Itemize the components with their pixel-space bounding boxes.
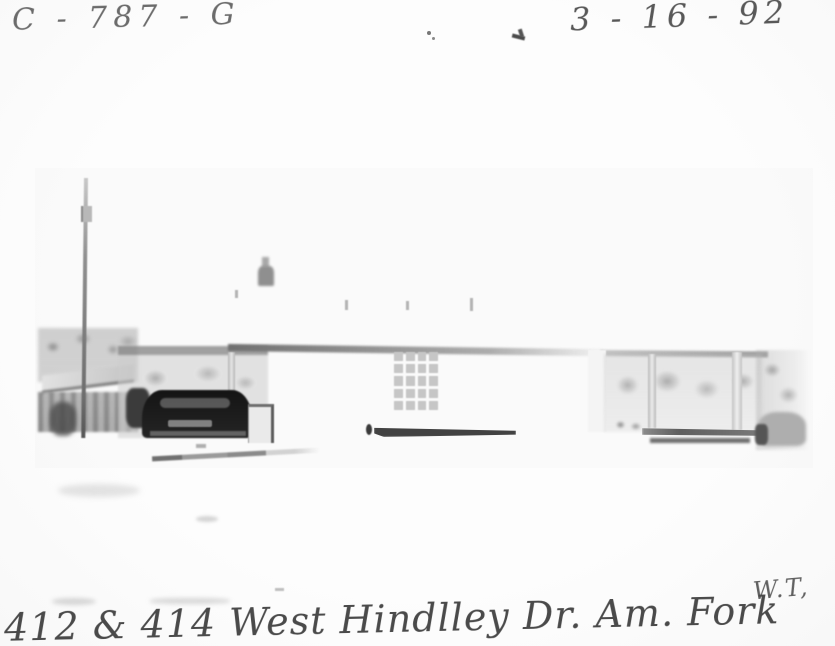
window-grid — [394, 352, 438, 410]
ink-speck — [432, 37, 435, 40]
twig-mark — [235, 290, 238, 298]
window-pane — [429, 352, 438, 361]
window-pane — [406, 352, 415, 361]
car-bumper — [150, 431, 246, 436]
right-carport-post — [648, 354, 656, 428]
window-pane — [429, 389, 438, 398]
twig-mark — [470, 298, 473, 311]
paper-smudge — [52, 598, 96, 605]
window-pane — [429, 401, 438, 410]
car-grille — [168, 420, 212, 427]
window-pane — [418, 389, 427, 398]
ground-speck — [196, 444, 206, 448]
window-pane — [418, 352, 427, 361]
window-pane — [418, 364, 427, 373]
flagpole-collar — [81, 206, 92, 222]
window-pane — [418, 401, 427, 410]
window-pane — [406, 401, 415, 410]
chimney — [258, 266, 274, 286]
window-pane — [406, 389, 415, 398]
scanned-photo-page: C - 787 - G 3 - 16 - 92 W.T, 412 & 414 W… — [0, 0, 835, 646]
window-pane — [418, 376, 427, 385]
far-right-dark-mark — [755, 424, 768, 445]
window-pane — [394, 352, 403, 361]
window-pane — [394, 389, 403, 398]
twig-mark — [345, 300, 348, 310]
small-bushes — [612, 416, 646, 432]
right-carport-post — [732, 352, 742, 430]
window-pane — [394, 401, 403, 410]
file-number-handwriting: C - 787 - G — [12, 0, 241, 38]
window-pane — [394, 376, 403, 385]
window-pane — [429, 376, 438, 385]
ink-speck — [427, 31, 431, 35]
address-caption-handwriting: 412 & 414 West Hindlley Dr. Am. Fork — [4, 588, 780, 646]
right-ground-shadow — [650, 438, 750, 443]
date-handwriting: 3 - 16 - 92 — [569, 0, 789, 39]
window-pane — [406, 376, 415, 385]
paper-smudge — [275, 588, 284, 591]
window-pane — [429, 364, 438, 373]
window-pane — [406, 364, 415, 373]
dark-bush — [50, 402, 76, 436]
porch-shadow-mark — [366, 424, 372, 435]
paper-smudge — [150, 598, 230, 604]
utility-box — [248, 404, 274, 443]
ground-smudge — [196, 516, 218, 522]
ground-smudge — [58, 484, 140, 497]
car-windshield — [160, 398, 230, 408]
window-pane — [394, 364, 403, 373]
twig-mark — [406, 301, 409, 310]
